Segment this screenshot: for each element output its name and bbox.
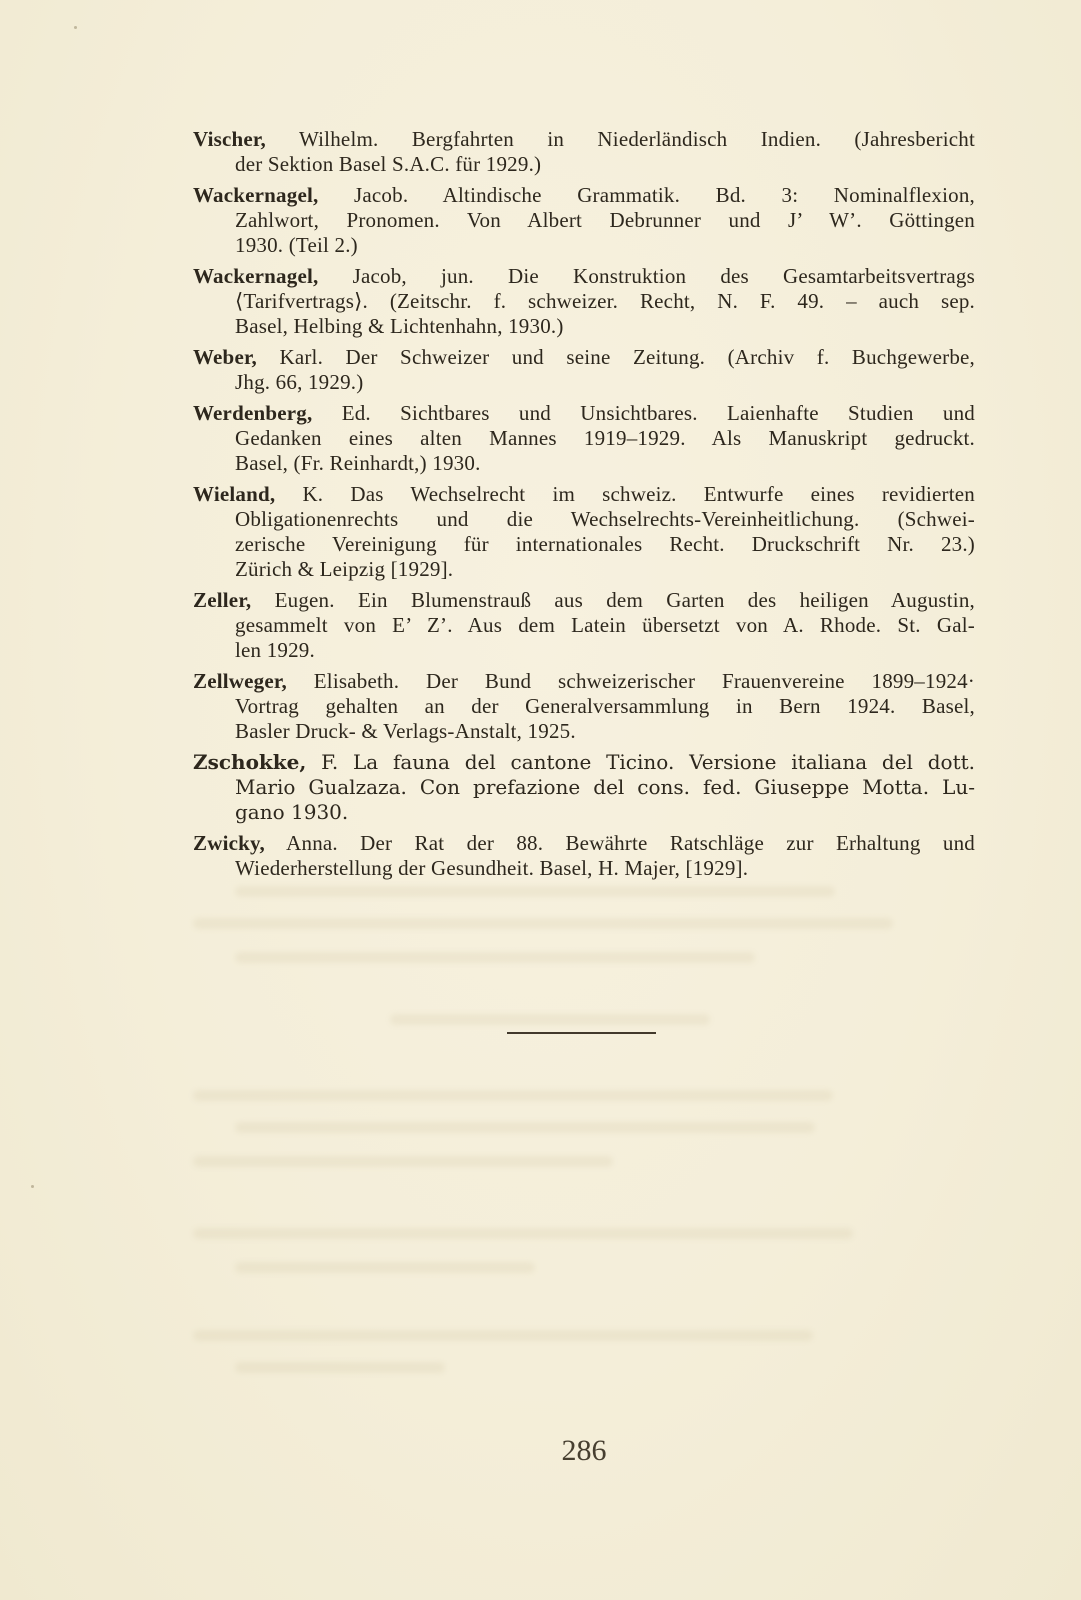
entry-first-line-text: Jacob, jun. Die Konstruktion des Gesamta…: [318, 264, 975, 288]
entry-first-line-text: Karl. Der Schweizer und seine Zeitung. (…: [257, 345, 975, 369]
entry-first-line-text: Elisabeth. Der Bund schweizerischer Frau…: [287, 669, 975, 693]
entry-continuation-line: gesammelt von E’ Z’. Aus dem Latein über…: [193, 613, 975, 638]
entry-first-line-text: K. Das Wechselrecht im schweiz. Entwurfe…: [275, 482, 975, 506]
entry-first-line: Zschokke, F. La fauna del cantone Ticino…: [193, 750, 975, 775]
scan-speck: [74, 26, 77, 29]
entry-continuation-line: Wiederherstellung der Gesundheit. Basel,…: [193, 856, 975, 881]
bibliography-entry: Vischer, Wilhelm. Bergfahrten in Niederl…: [193, 127, 975, 177]
entry-first-line: Weber, Karl. Der Schweizer und seine Zei…: [193, 345, 975, 370]
entry-continuation-line: 1930. (Teil 2.): [193, 233, 975, 258]
entry-first-line-text: Jacob. Altindische Grammatik. Bd. 3: Nom…: [318, 183, 975, 207]
entry-continuation-line: Zahlwort, Pronomen. Von Albert Debrunner…: [193, 208, 975, 233]
entry-first-line-text: Anna. Der Rat der 88. Bewährte Ratschläg…: [265, 831, 975, 855]
entry-first-line: Zwicky, Anna. Der Rat der 88. Bewährte R…: [193, 831, 975, 856]
entry-continuation-line: Mario Gualzaza. Con prefazione del cons.…: [193, 775, 975, 800]
entry-author: Vischer,: [193, 127, 266, 151]
scan-speck: [31, 1185, 34, 1188]
bibliography-entry: Werdenberg, Ed. Sichtbares und Unsichtba…: [193, 401, 975, 476]
entry-continuation-line: Zürich & Leipzig [1929].: [193, 557, 975, 582]
entry-continuation-line: Obligationenrechts und die Wechselrechts…: [193, 507, 975, 532]
entry-continuation-line: gano 1930.: [193, 800, 975, 825]
entry-author: Werdenberg,: [193, 401, 312, 425]
entry-author: Zellweger,: [193, 669, 287, 693]
bibliography-entry: Zeller, Eugen. Ein Blumenstrauß aus dem …: [193, 588, 975, 663]
bibliography-entry: Wieland, K. Das Wechselrecht im schweiz.…: [193, 482, 975, 582]
scanned-book-page: Vischer, Wilhelm. Bergfahrten in Niederl…: [0, 0, 1081, 1600]
bibliography-entry: Zellweger, Elisabeth. Der Bund schweizer…: [193, 669, 975, 744]
entry-first-line: Wieland, K. Das Wechselrecht im schweiz.…: [193, 482, 975, 507]
entry-continuation-line: Basel, (Fr. Reinhardt,) 1930.: [193, 451, 975, 476]
bibliography-list: Vischer, Wilhelm. Bergfahrten in Niederl…: [193, 127, 975, 887]
bibliography-entry: Weber, Karl. Der Schweizer und seine Zei…: [193, 345, 975, 395]
entry-continuation-line: Basler Druck- & Verlags-Anstalt, 1925.: [193, 719, 975, 744]
page-number: 286: [193, 1434, 975, 1468]
entry-first-line: Wackernagel, Jacob, jun. Die Konstruktio…: [193, 264, 975, 289]
bibliography-entry: Zschokke, F. La fauna del cantone Ticino…: [193, 750, 975, 825]
entry-continuation-line: zerische Vereinigung für internationales…: [193, 532, 975, 557]
entry-continuation-line: der Sektion Basel S.A.C. für 1929.): [193, 152, 975, 177]
entry-first-line-text: Eugen. Ein Blumenstrauß aus dem Garten d…: [251, 588, 975, 612]
bibliography-entry: Wackernagel, Jacob. Altindische Grammati…: [193, 183, 975, 258]
section-divider-rule: [507, 1032, 656, 1034]
entry-first-line: Zellweger, Elisabeth. Der Bund schweizer…: [193, 669, 975, 694]
entry-continuation-line: ⟨Tarifvertrags⟩. (Zeitschr. f. schweizer…: [193, 289, 975, 314]
entry-first-line-text: Wilhelm. Bergfahrten in Niederländisch I…: [266, 127, 975, 151]
entry-author: Wackernagel,: [193, 183, 318, 207]
entry-author: Zeller,: [193, 588, 251, 612]
entry-first-line-text: Ed. Sichtbares und Unsichtbares. Laienha…: [312, 401, 975, 425]
entry-continuation-line: Jhg. 66, 1929.): [193, 370, 975, 395]
entry-continuation-line: Vortrag gehalten an der Generalversammlu…: [193, 694, 975, 719]
entry-first-line: Wackernagel, Jacob. Altindische Grammati…: [193, 183, 975, 208]
entry-first-line-text: F. La fauna del cantone Ticino. Versione…: [306, 750, 975, 774]
entry-author: Zschokke,: [193, 750, 306, 774]
entry-author: Wackernagel,: [193, 264, 318, 288]
entry-continuation-line: len 1929.: [193, 638, 975, 663]
entry-first-line: Vischer, Wilhelm. Bergfahrten in Niederl…: [193, 127, 975, 152]
entry-continuation-line: Basel, Helbing & Lichtenhahn, 1930.): [193, 314, 975, 339]
entry-author: Wieland,: [193, 482, 275, 506]
bibliography-entry: Wackernagel, Jacob, jun. Die Konstruktio…: [193, 264, 975, 339]
entry-author: Weber,: [193, 345, 257, 369]
entry-author: Zwicky,: [193, 831, 265, 855]
entry-first-line: Werdenberg, Ed. Sichtbares und Unsichtba…: [193, 401, 975, 426]
entry-first-line: Zeller, Eugen. Ein Blumenstrauß aus dem …: [193, 588, 975, 613]
entry-continuation-line: Gedanken eines alten Mannes 1919–1929. A…: [193, 426, 975, 451]
bibliography-entry: Zwicky, Anna. Der Rat der 88. Bewährte R…: [193, 831, 975, 881]
